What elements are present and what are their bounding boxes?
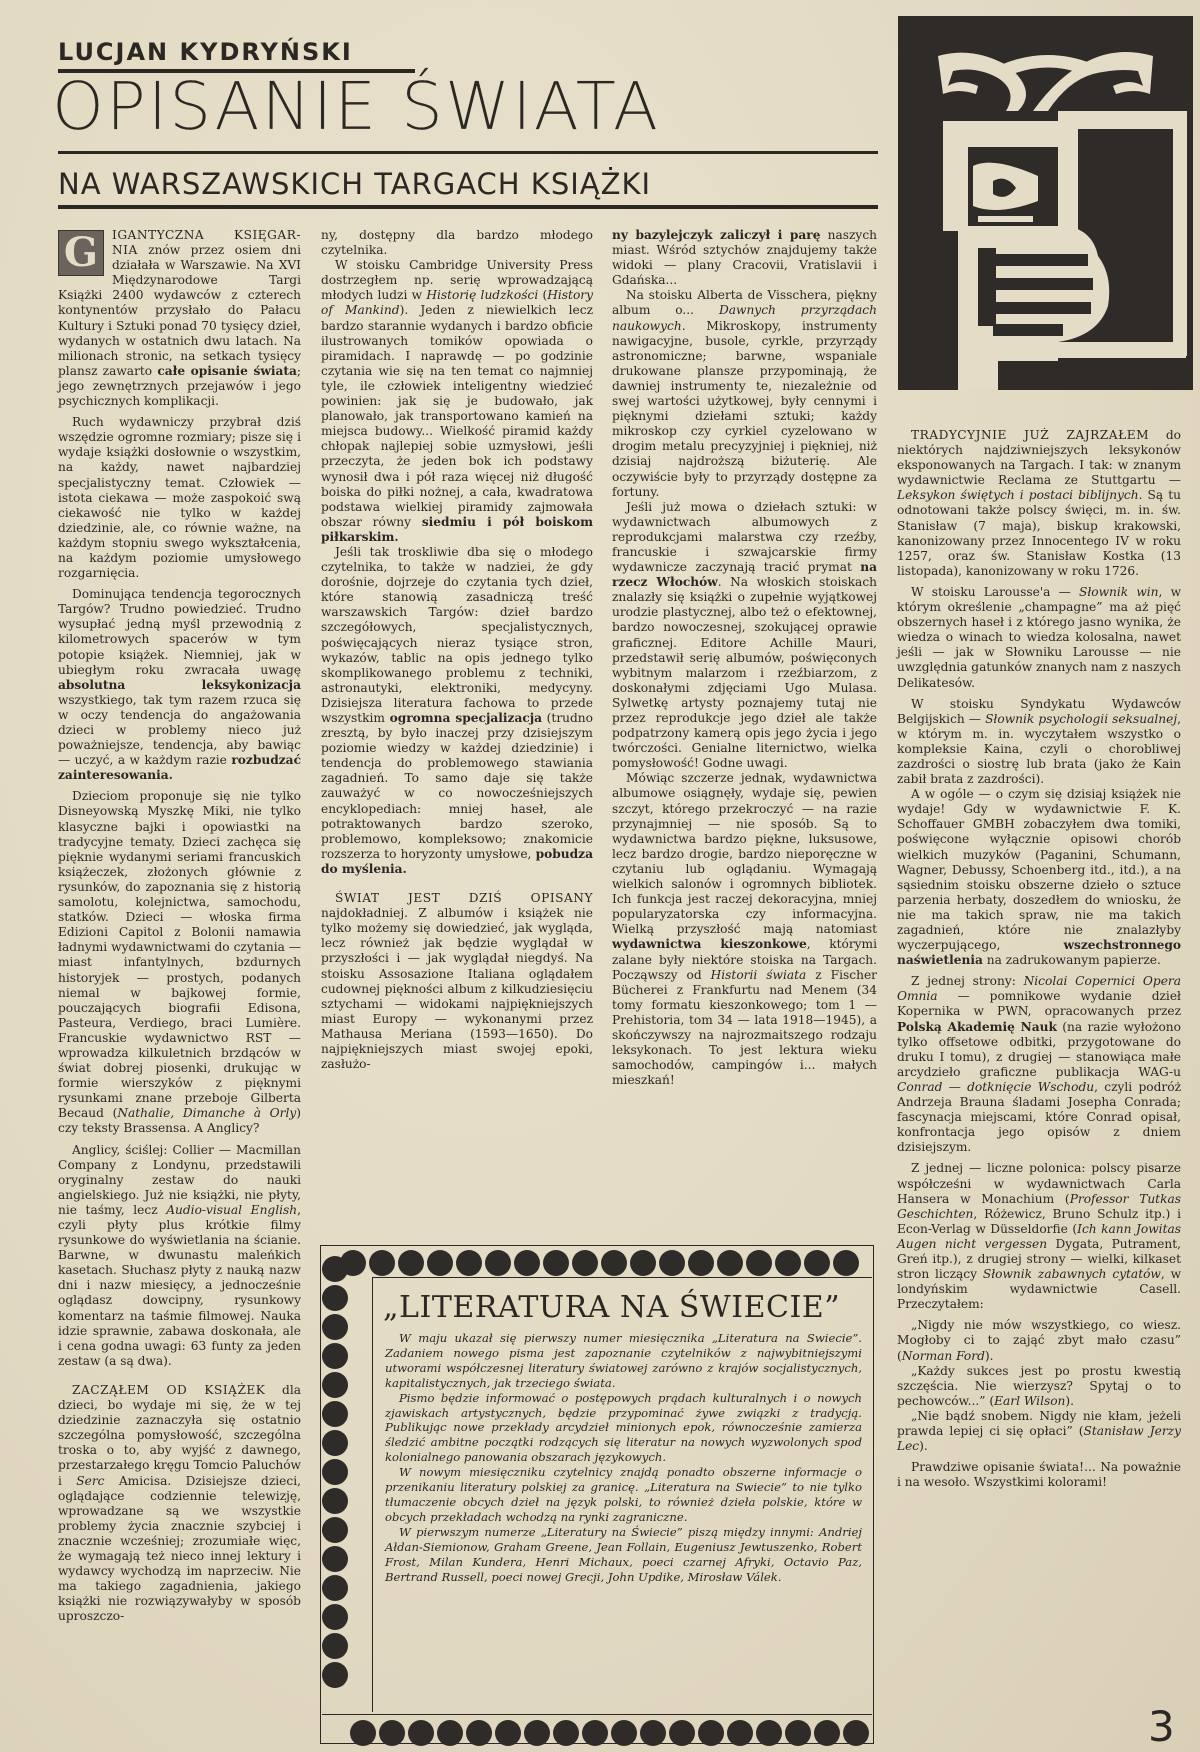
hand-holding-book-icon bbox=[898, 16, 1193, 390]
paragraph: W stoisku Larousse'a — Słownik win, w kt… bbox=[897, 585, 1181, 691]
dot-border-bottom bbox=[350, 1720, 869, 1746]
subtitle-rule bbox=[58, 205, 878, 209]
paragraph: W maju ukazał się pierwszy numer miesięc… bbox=[385, 1331, 862, 1391]
border-dot bbox=[369, 1250, 395, 1276]
article-title: OPISANIE ŚWIATA bbox=[52, 74, 660, 140]
border-dot bbox=[543, 1250, 569, 1276]
border-dot bbox=[408, 1720, 434, 1746]
border-dot bbox=[630, 1250, 656, 1276]
border-dot bbox=[322, 1343, 348, 1369]
column-3: ny bazylejczyk zaliczył i parę naszych m… bbox=[612, 228, 877, 1088]
border-dot bbox=[322, 1285, 348, 1311]
article-subtitle: NA WARSZAWSKICH TARGACH KSIĄŻKI bbox=[58, 167, 651, 201]
border-dot bbox=[611, 1720, 637, 1746]
paragraph: GIGANTYCZNA KSIĘGAR-NIA znów przez osiem… bbox=[58, 228, 301, 409]
paragraph: W stoisku Syndykatu Wydawców Belgijskich… bbox=[897, 697, 1181, 788]
box-rule bbox=[322, 1714, 872, 1715]
border-dot bbox=[322, 1401, 348, 1427]
paragraph: Pismo będzie informować o postępowych pr… bbox=[385, 1391, 862, 1466]
border-dot bbox=[833, 1250, 859, 1276]
quote: „Nie bądź snobem. Nigdy nie kłam, jeżeli… bbox=[897, 1409, 1181, 1454]
paragraph: Anglicy, ściślej: Collier — Macmillan Co… bbox=[58, 1143, 301, 1369]
border-dot bbox=[322, 1604, 348, 1630]
border-dot bbox=[427, 1250, 453, 1276]
border-dot bbox=[322, 1430, 348, 1456]
border-dot bbox=[746, 1250, 772, 1276]
announcement-title: „LITERATURA NA ŚWIECIE” bbox=[383, 1290, 873, 1325]
border-dot bbox=[775, 1250, 801, 1276]
paragraph: Jeśli już mowa o dziełach sztuki: w wyda… bbox=[612, 500, 877, 772]
border-dot bbox=[322, 1314, 348, 1340]
column-2: ny, dostępny dla bardzo młodego czytelni… bbox=[321, 228, 593, 1072]
dot-border-top bbox=[340, 1250, 859, 1276]
border-dot bbox=[669, 1720, 695, 1746]
border-dot bbox=[456, 1250, 482, 1276]
paragraph: W pierwszym numerze „Literatury na Świec… bbox=[385, 1525, 862, 1585]
paragraph: Na stoisku Alberta de Visschera, piękny … bbox=[612, 288, 877, 499]
border-dot bbox=[495, 1720, 521, 1746]
box-rule bbox=[372, 1277, 872, 1278]
border-dot bbox=[717, 1250, 743, 1276]
dropcap: G bbox=[58, 230, 104, 276]
paragraph: Jeśli tak troskliwie dba się o młodego c… bbox=[321, 545, 593, 877]
paragraph: Prawdziwe opisanie świata!... Na poważni… bbox=[897, 1460, 1181, 1490]
border-dot bbox=[698, 1720, 724, 1746]
quote: „Każdy sukces jest po prostu kwestią szc… bbox=[897, 1364, 1181, 1409]
paragraph: Ruch wydawniczy przybrał dziś wszędzie o… bbox=[58, 415, 301, 581]
title-rule bbox=[58, 151, 878, 154]
border-dot bbox=[756, 1720, 782, 1746]
border-dot bbox=[601, 1250, 627, 1276]
border-dot bbox=[322, 1662, 348, 1688]
page-number: 3 bbox=[1148, 1706, 1175, 1748]
border-dot bbox=[804, 1250, 830, 1276]
paragraph: ZACZĄŁEM OD KSIĄŻEK dla dzieci, bo wydaj… bbox=[58, 1383, 301, 1625]
border-dot bbox=[659, 1250, 685, 1276]
border-dot bbox=[572, 1250, 598, 1276]
paragraph: ŚWIAT JEST DZIŚ OPISANY najdokładniej. Z… bbox=[321, 891, 593, 1072]
paragraph: ny bazylejczyk zaliczył i parę naszych m… bbox=[612, 228, 877, 288]
border-dot bbox=[485, 1250, 511, 1276]
border-dot bbox=[322, 1256, 348, 1282]
quote: „Nigdy nie mów wszystkiego, co wiesz. Mo… bbox=[897, 1318, 1181, 1363]
border-dot bbox=[322, 1459, 348, 1485]
border-dot bbox=[322, 1517, 348, 1543]
announcement-text: W maju ukazał się pierwszy numer miesięc… bbox=[385, 1331, 862, 1584]
border-dot bbox=[727, 1720, 753, 1746]
border-dot bbox=[785, 1720, 811, 1746]
border-dot bbox=[322, 1546, 348, 1572]
paragraph: A w ogóle — o czym się dzisiaj książek n… bbox=[897, 787, 1181, 968]
dot-border-left bbox=[322, 1256, 348, 1688]
border-dot bbox=[322, 1488, 348, 1514]
column-1: GIGANTYCZNA KSIĘGAR-NIA znów przez osiem… bbox=[58, 228, 301, 1624]
box-rule bbox=[372, 1277, 373, 1712]
border-dot bbox=[640, 1720, 666, 1746]
border-dot bbox=[398, 1250, 424, 1276]
border-dot bbox=[466, 1720, 492, 1746]
border-dot bbox=[322, 1372, 348, 1398]
paragraph: Mówiąc szczerze jednak, wydawnictwa albu… bbox=[612, 771, 877, 1088]
magazine-page: LUCJAN KYDRYŃSKI OPISANIE ŚWIATA NA WARS… bbox=[0, 0, 1200, 1752]
border-dot bbox=[379, 1720, 405, 1746]
paragraph: W stoisku Cambridge University Press dos… bbox=[321, 258, 593, 545]
border-dot bbox=[437, 1720, 463, 1746]
border-dot bbox=[350, 1720, 376, 1746]
paragraph: W nowym miesięczniku czytelnicy znajdą p… bbox=[385, 1465, 862, 1525]
border-dot bbox=[322, 1633, 348, 1659]
paragraph: TRADYCYJNIE JUŻ ZAJRZAŁEM do niektórych … bbox=[897, 428, 1181, 579]
border-dot bbox=[524, 1720, 550, 1746]
border-dot bbox=[688, 1250, 714, 1276]
border-dot bbox=[553, 1720, 579, 1746]
paragraph: Dzieciom proponuje się nie tylko Disneyo… bbox=[58, 789, 301, 1136]
border-dot bbox=[843, 1720, 869, 1746]
paragraph: ny, dostępny dla bardzo młodego czytelni… bbox=[321, 228, 593, 258]
paragraph: Dominująca tendencja tegorocznych Targów… bbox=[58, 587, 301, 783]
paragraph: Z jednej — liczne polonica: polscy pisar… bbox=[897, 1161, 1181, 1312]
column-4: TRADYCYJNIE JUŻ ZAJRZAŁEM do niektórych … bbox=[897, 428, 1181, 1490]
border-dot bbox=[322, 1575, 348, 1601]
author-name: LUCJAN KYDRYŃSKI bbox=[58, 38, 353, 66]
paragraph: Z jednej strony: Nicolai Copernici Opera… bbox=[897, 974, 1181, 1155]
border-dot bbox=[514, 1250, 540, 1276]
border-dot bbox=[814, 1720, 840, 1746]
border-dot bbox=[582, 1720, 608, 1746]
